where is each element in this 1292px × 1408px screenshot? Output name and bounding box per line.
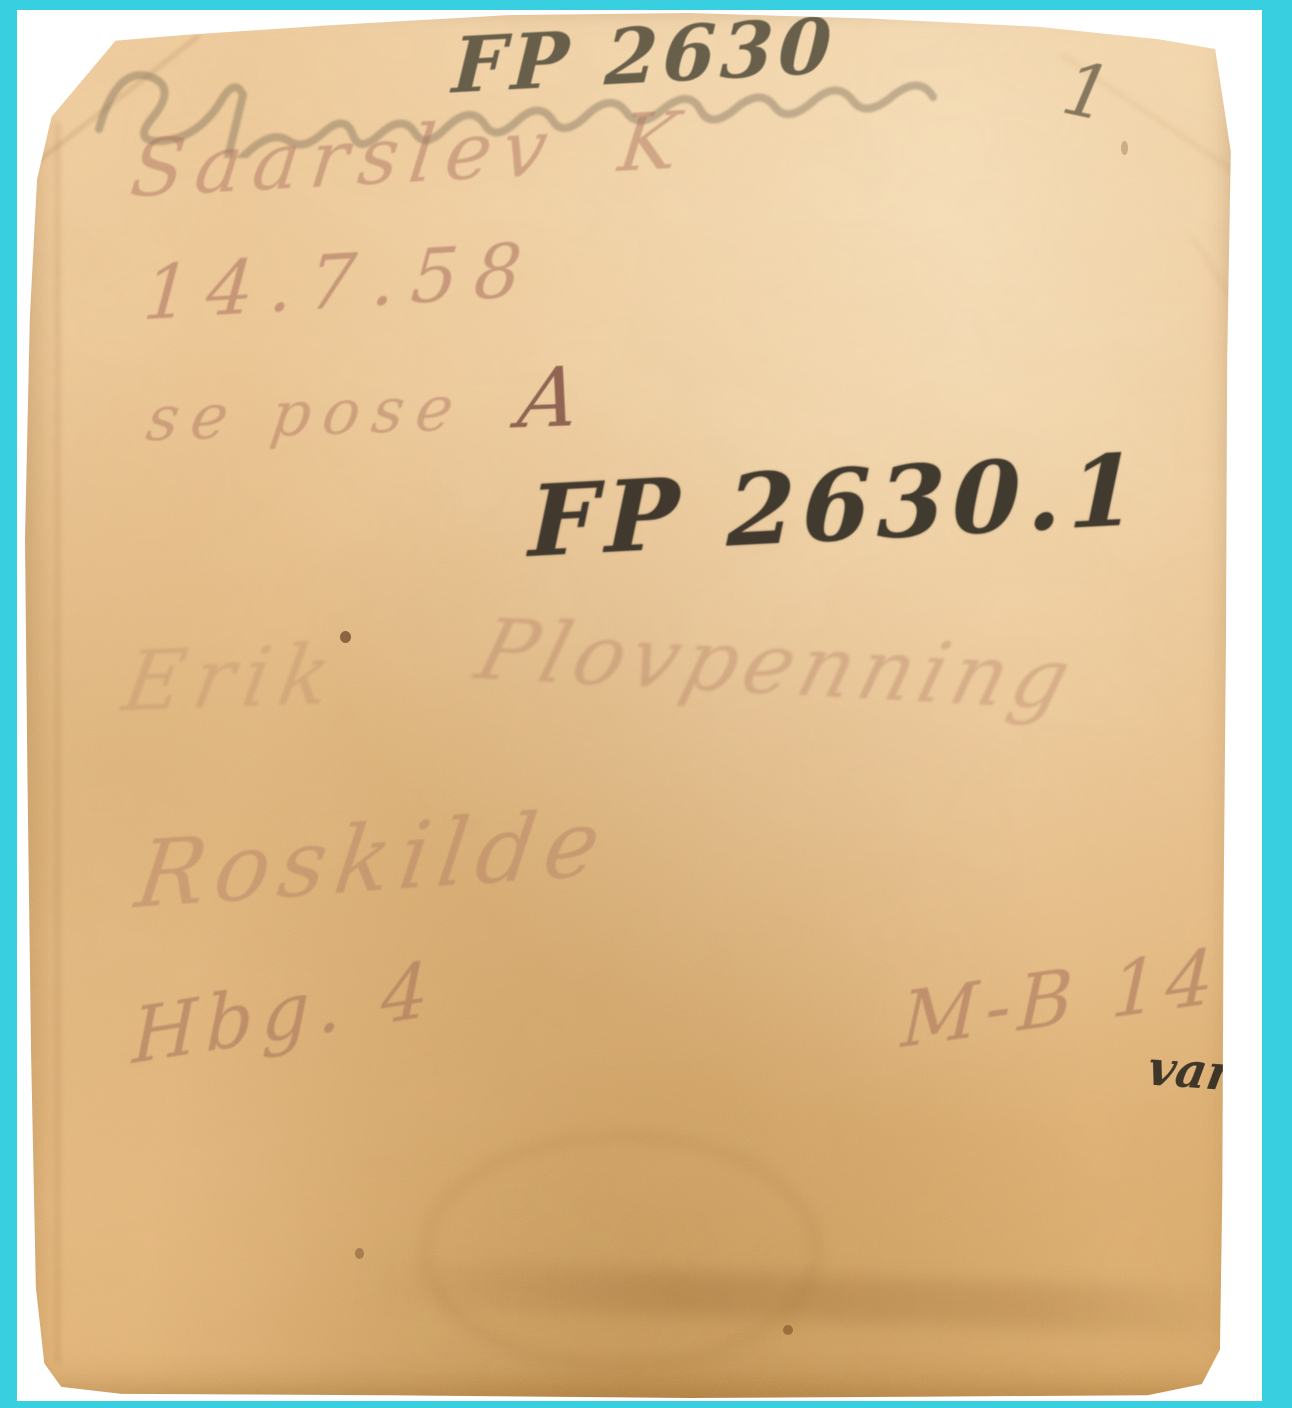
ruler-first-word: Erik	[116, 627, 348, 730]
note-mark: A	[513, 350, 586, 448]
note-text: se pose	[142, 371, 470, 455]
ink-speck	[783, 1325, 793, 1335]
line-findspot: Saarslev K	[126, 96, 694, 216]
right-mid-crease	[1191, 236, 1232, 373]
top-inventory-number: FP 2630	[450, 13, 838, 110]
main-inventory-number: FP 2630.1	[528, 433, 1145, 580]
ruler-rest: Plovpenning	[467, 601, 1086, 729]
ink-speck	[355, 1248, 364, 1259]
white-mat: FP 2630 1 Saarslev K 14.7.58 se pose A F…	[17, 10, 1262, 1401]
envelope-paper: FP 2630 1 Saarslev K 14.7.58 se pose A F…	[25, 13, 1232, 1398]
top-suffix-digit: 1	[1055, 45, 1119, 139]
left-edge-crease	[55, 123, 60, 1363]
variant-note: var	[1143, 1041, 1232, 1102]
circular-stain-mark	[420, 1131, 822, 1371]
reference-hauberg: Hbg. 4	[131, 943, 437, 1082]
line-mint: Roskilde	[130, 788, 616, 929]
ink-speck	[1121, 141, 1128, 155]
line-date: 14.7.58	[140, 227, 541, 338]
photo-frame: FP 2630 1 Saarslev K 14.7.58 se pose A F…	[0, 0, 1292, 1408]
line-note: se pose A	[142, 350, 586, 461]
